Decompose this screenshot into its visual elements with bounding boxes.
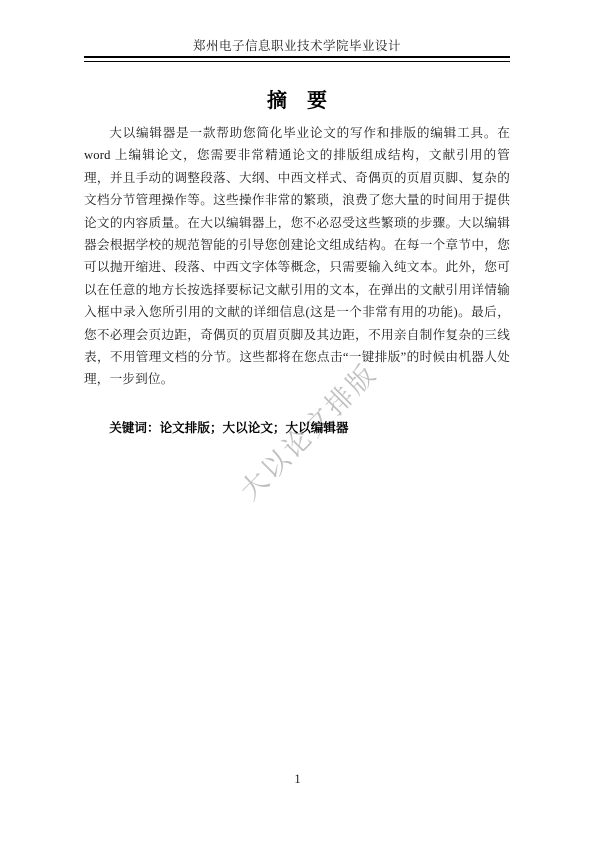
abstract-title: 摘 要 xyxy=(84,89,510,113)
document-page: 大以论文排版 郑州电子信息职业技术学院毕业设计 摘 要 大以编辑器是一款帮助您简… xyxy=(0,0,595,842)
keywords-line: 关键词：论文排版；大以论文；大以编辑器 xyxy=(84,417,510,439)
abstract-paragraph: 大以编辑器是一款帮助您简化毕业论文的写作和排版的编辑工具。在 word 上编辑论… xyxy=(84,122,510,391)
keywords-values: 论文排版；大以论文；大以编辑器 xyxy=(160,421,349,435)
keywords-label: 关键词： xyxy=(109,421,159,435)
page-footer: 1 xyxy=(0,772,595,787)
page-content: 郑州电子信息职业技术学院毕业设计 摘 要 大以编辑器是一款帮助您简化毕业论文的写… xyxy=(84,0,510,439)
page-header-title: 郑州电子信息职业技术学院毕业设计 xyxy=(84,38,510,54)
header-divider-rule xyxy=(84,56,510,62)
page-number: 1 xyxy=(294,772,300,786)
